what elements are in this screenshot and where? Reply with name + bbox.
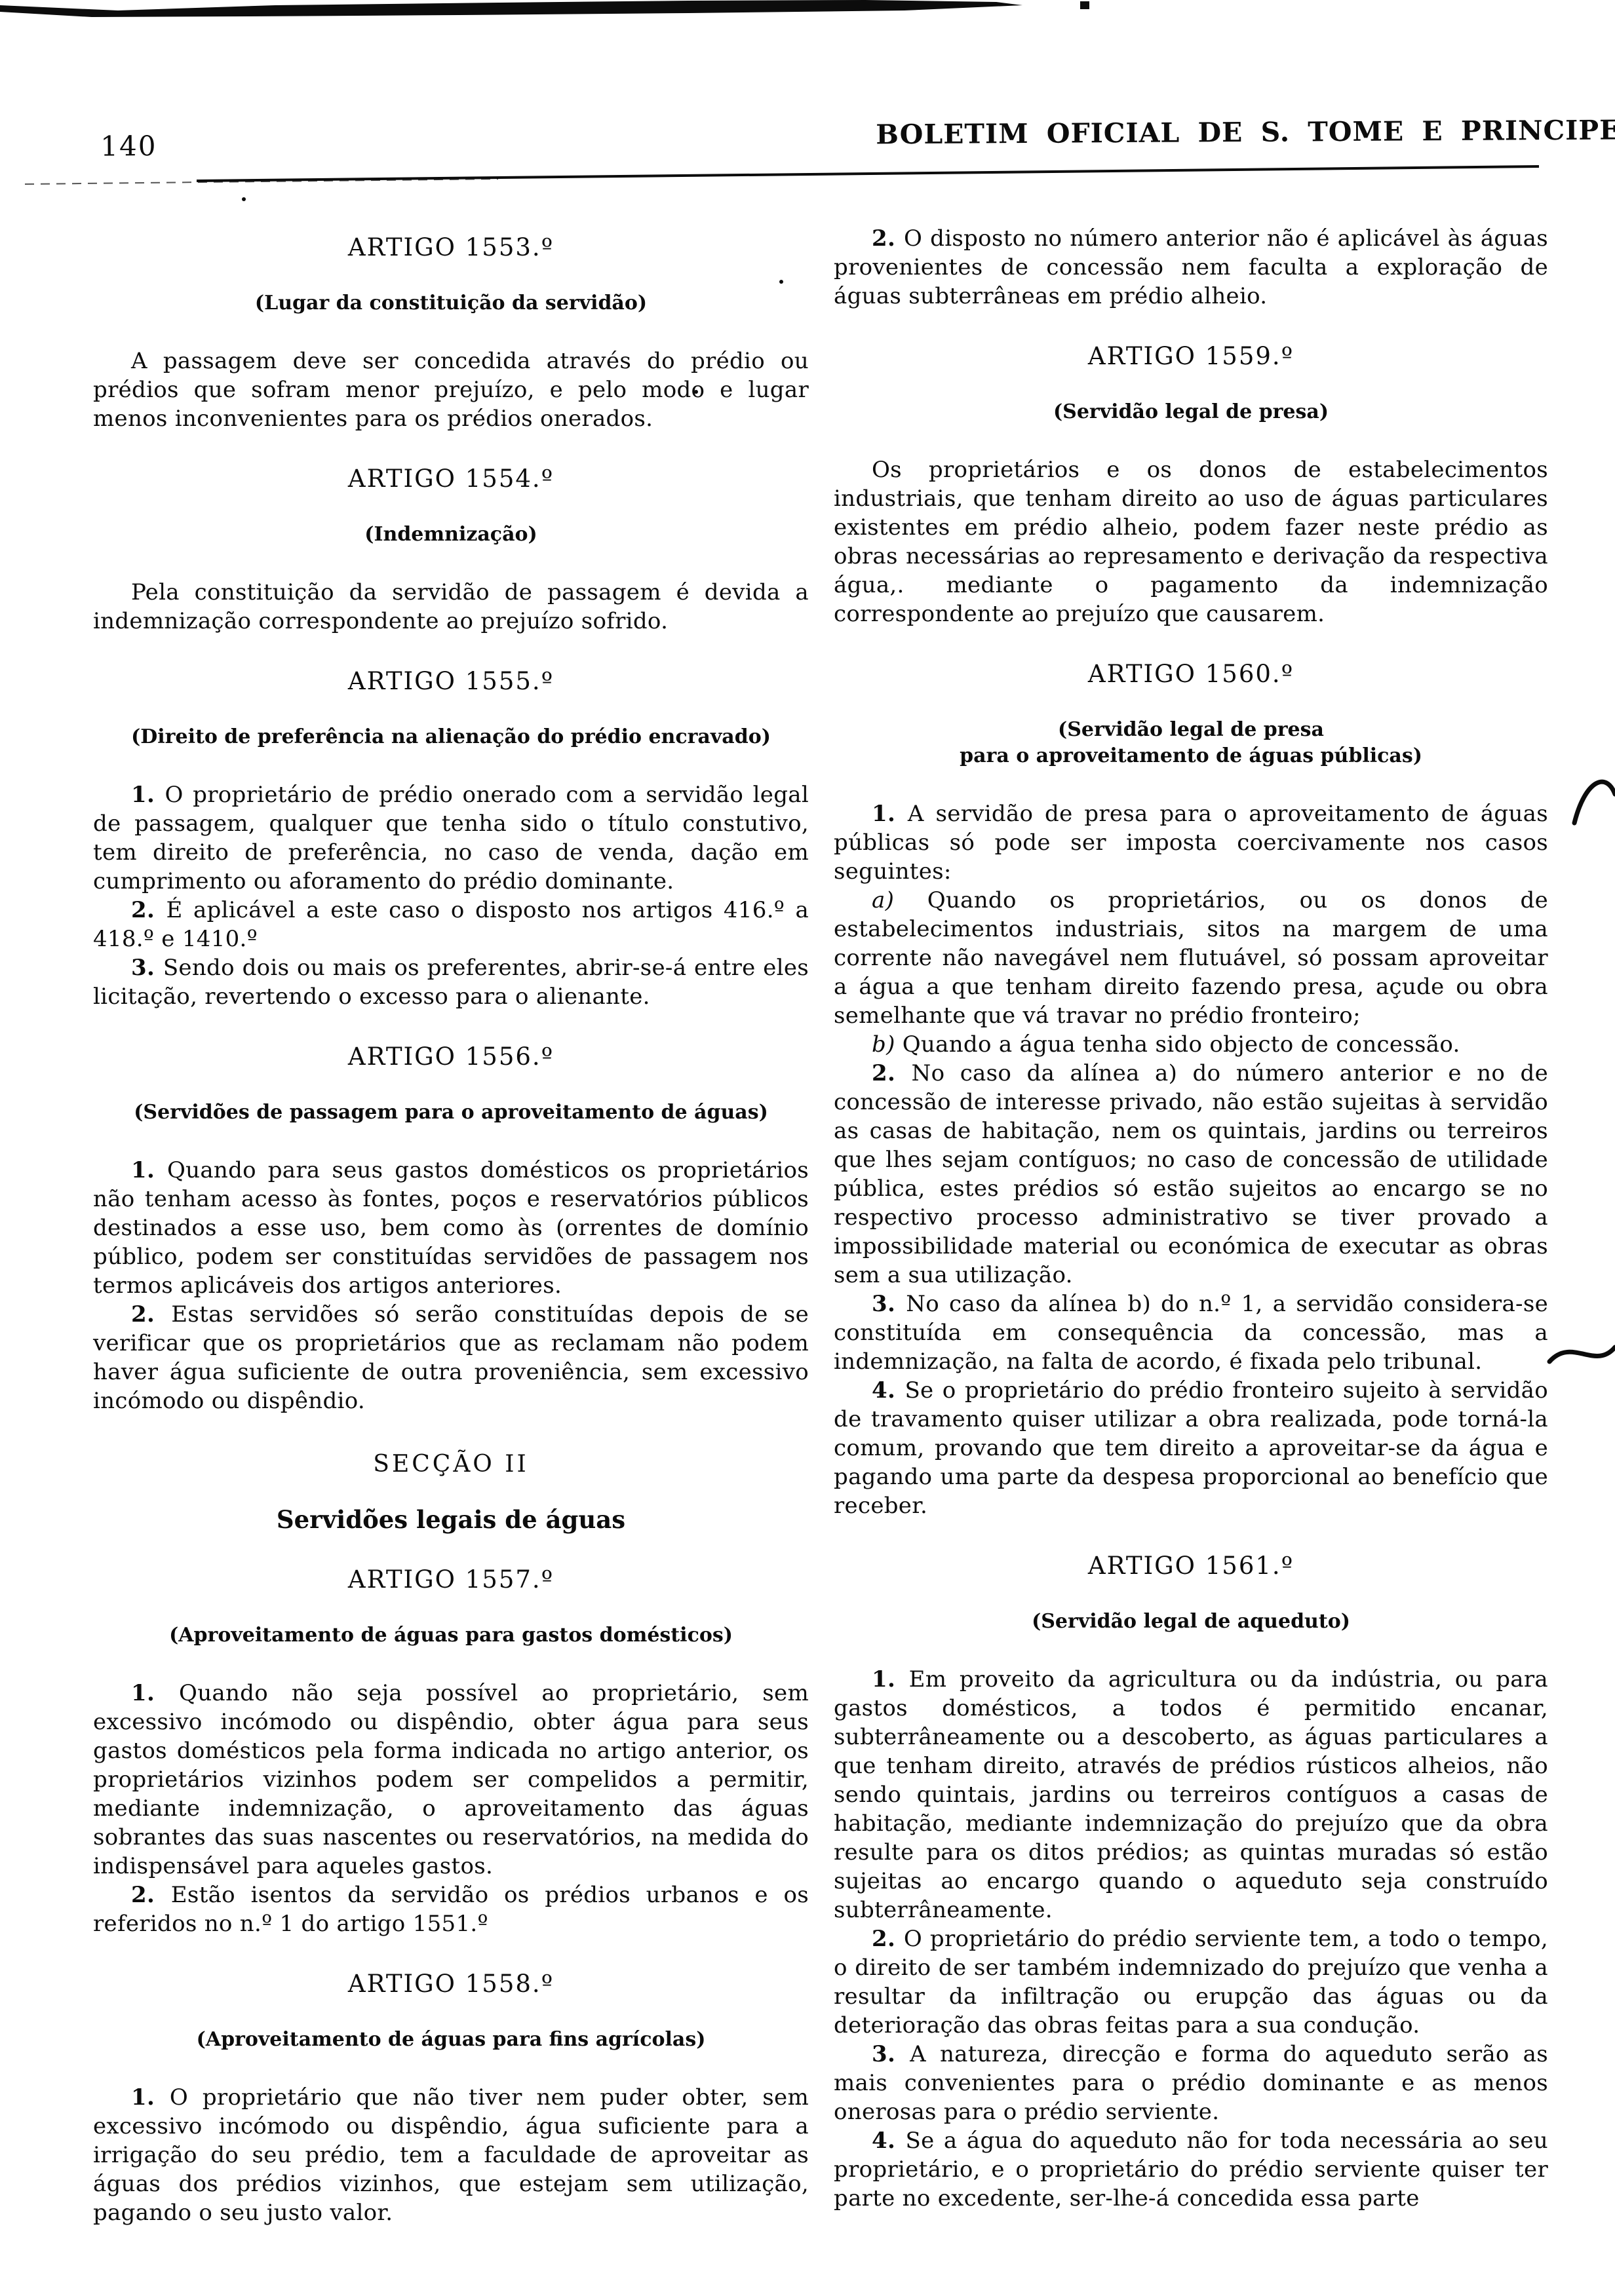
paragraph-lead: 1. [131,2084,170,2111]
paragraph: 3. A natureza, direcção e forma do aqued… [834,2040,1548,2126]
paragraph: a) Quando os proprietários, ou os donos … [834,886,1548,1030]
artigo-subtitle: (Servidão legal de presa) [834,399,1548,425]
artigo-heading: ARTIGO 1560.º [834,660,1548,688]
left-column: ARTIGO 1553.º(Lugar da constituição da s… [93,202,809,2227]
paragraph: 1. Quando para seus gastos domésticos os… [93,1156,809,1300]
artigo-heading: ARTIGO 1555.º [93,667,809,695]
paragraph: 1. O proprietário que não tiver nem pude… [93,2083,809,2227]
paragraph-lead: b) [872,1031,903,1058]
paragraph-lead: 3. [872,2041,910,2067]
margin-pen-mark-2 [1549,1347,1615,1362]
paragraph-lead: 2. [872,1926,904,1952]
paragraph: Pela constituição da servidão de passage… [93,578,809,636]
paragraph-lead: 2. [872,225,904,252]
paragraph-lead: 1. [872,1666,909,1693]
scan-smudge-dot [1080,1,1089,9]
artigo-heading: ARTIGO 1556.º [93,1043,809,1071]
paragraph: 1. Quando não seja possível ao proprietá… [93,1679,809,1881]
artigo-subtitle: (Servidão legal de aqueduto) [834,1609,1548,1635]
artigo-subtitle: (Direito de preferência na alienação do … [93,724,809,750]
paragraph-lead: 1. [872,801,908,827]
paragraph: 2. É aplicável a este caso o disposto no… [93,896,809,953]
paragraph-lead: 4. [872,2128,906,2154]
document-page: 140 BOLETIM OFICIAL DE S. TOME E PRINCIP… [0,0,1615,2296]
paragraph: b) Quando a água tenha sido objecto de c… [834,1030,1548,1059]
artigo-heading: ARTIGO 1561.º [834,1552,1548,1580]
artigo-subtitle: (Servidões de passagem para o aproveitam… [93,1100,809,1126]
paragraph: Os proprietários e os donos de estabelec… [834,455,1548,628]
paragraph-lead: 2. [131,1882,171,1908]
paragraph: 2. Estas servidões só serão constituídas… [93,1300,809,1415]
paragraph: 2. O disposto no número anterior não é a… [834,224,1548,311]
paragraph-lead: 1. [131,1680,179,1706]
paragraph: 3. Sendo dois ou mais os preferentes, ab… [93,953,809,1011]
paragraph: 2. Estão isentos da servidão os prédios … [93,1881,809,1938]
paragraph: 1. A servidão de presa para o aproveitam… [834,799,1548,886]
header-rule-faint [25,179,498,184]
paragraph: 1. Em proveito da agricultura ou da indú… [834,1665,1548,1924]
paragraph: A passagem deve ser concedida através do… [93,347,809,433]
right-column: 2. O disposto no número anterior não é a… [834,224,1548,2213]
artigo-heading: ARTIGO 1559.º [834,342,1548,370]
paragraph-lead: 3. [872,1291,906,1317]
paragraph: 1. O proprietário de prédio onerado com … [93,780,809,896]
paragraph-lead: 4. [872,1377,905,1404]
artigo-heading: ARTIGO 1557.º [93,1565,809,1594]
scan-smudge-top [0,0,1022,17]
ink-speck-1 [242,197,246,201]
page-number: 140 [100,130,157,163]
paragraph-lead: 1. [131,1157,167,1183]
paragraph-lead: 1. [131,782,165,808]
artigo-heading: ARTIGO 1553.º [93,233,809,261]
masthead-title: BOLETIM OFICIAL DE S. TOME E PRINCIPE [876,114,1615,150]
paragraph-lead: 3. [131,955,163,981]
section-title: Servidões legais de águas [93,1505,809,1534]
header-rule [197,166,1539,181]
artigo-subtitle: (Aproveitamento de águas para gastos dom… [93,1622,809,1649]
paragraph-lead: 2. [131,897,166,923]
artigo-subtitle: (Servidão legal de presapara o aproveita… [834,717,1548,769]
paragraph: 4. Se o proprietário do prédio fronteiro… [834,1376,1548,1520]
margin-pen-mark-1 [1574,782,1615,823]
paragraph: 3. No caso da alínea b) do n.º 1, a serv… [834,1290,1548,1376]
artigo-subtitle: (Lugar da constituição da servidão) [93,290,809,316]
section-heading: SECÇÃO II [93,1451,809,1478]
artigo-heading: ARTIGO 1554.º [93,465,809,493]
paragraph-lead: 2. [872,1060,912,1086]
artigo-subtitle: (Aproveitamento de águas para fins agríc… [93,2027,809,2053]
artigo-subtitle: (Indemnização) [93,522,809,548]
paragraph: 2. O proprietário do prédio serviente te… [834,1924,1548,2040]
paragraph: 2. No caso da alínea a) do número anteri… [834,1059,1548,1290]
paragraph: 4. Se a água do aqueduto não for toda ne… [834,2126,1548,2213]
paragraph-lead: a) [872,887,927,913]
artigo-heading: ARTIGO 1558.º [93,1970,809,1998]
paragraph-lead: 2. [131,1301,171,1328]
page-header: 140 BOLETIM OFICIAL DE S. TOME E PRINCIP… [0,0,1615,5]
